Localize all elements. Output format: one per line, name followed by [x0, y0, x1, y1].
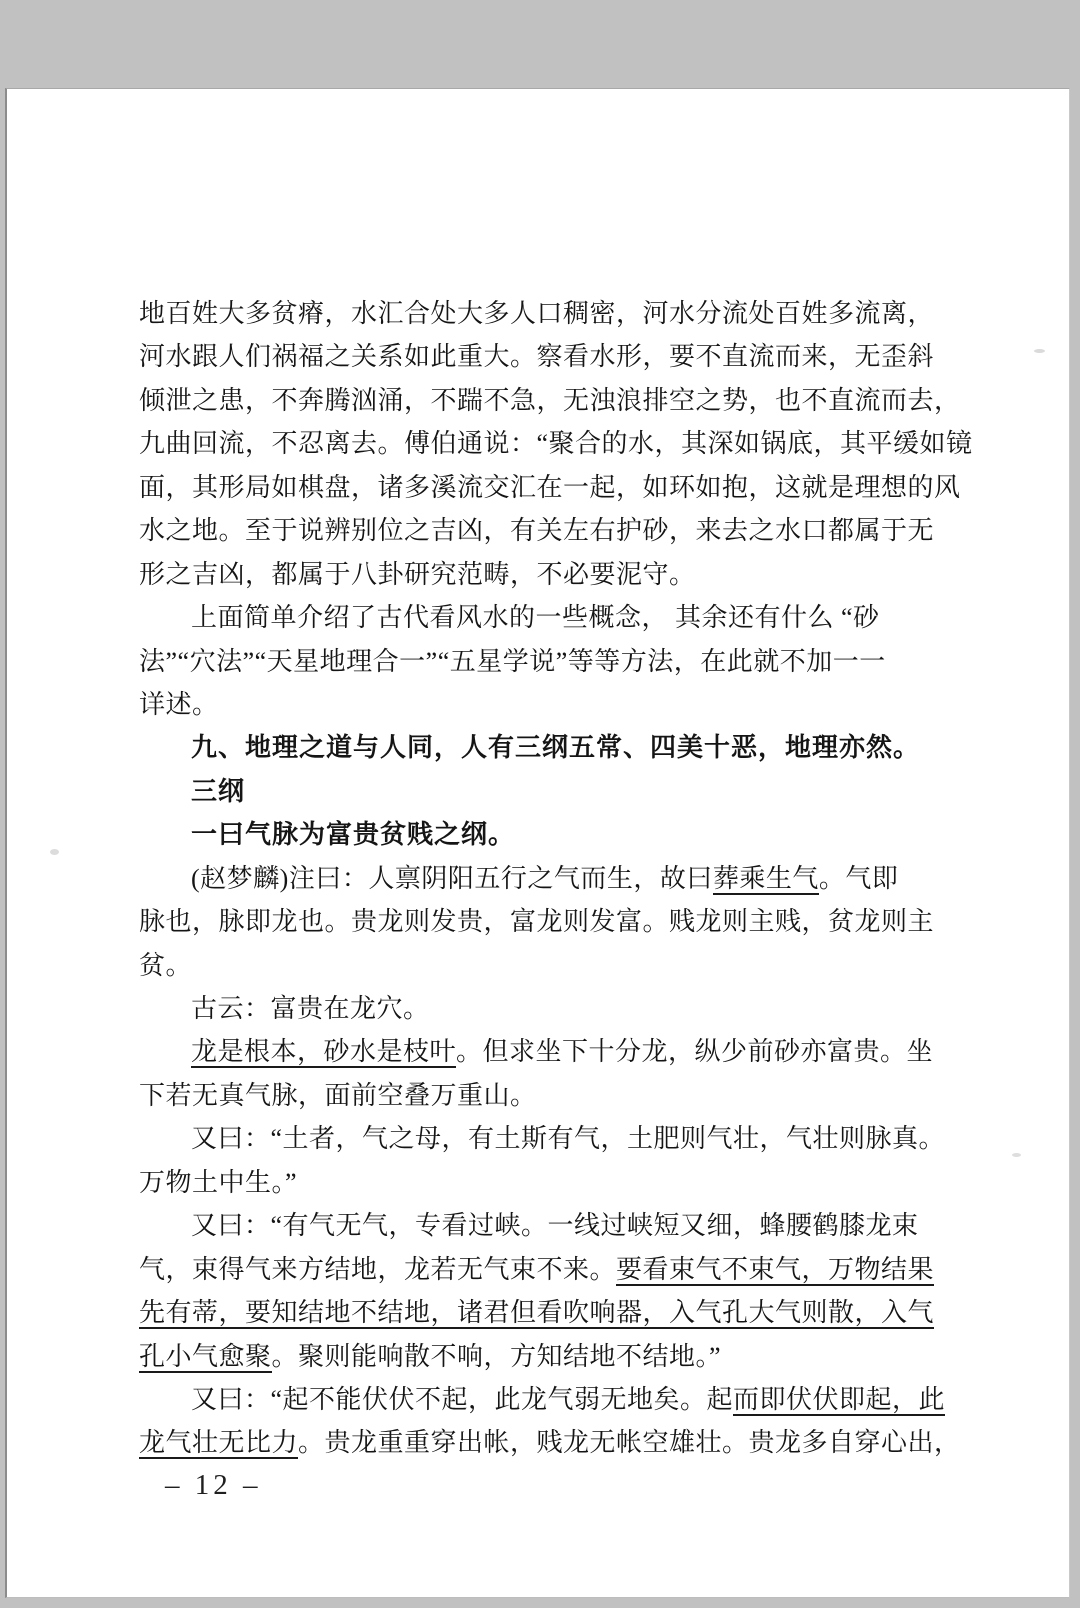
text-block: 地百姓大多贫瘠，水汇合处大多人口稠密，河水分流处百姓多流离，河水跟人们祸福之关系…: [139, 292, 929, 1465]
text-line: 龙气壮无比力。贵龙重重穿出帐，贱龙无帐空雄壮。贵龙多自穿心出，: [139, 1421, 929, 1464]
text-line: 地百姓大多贫瘠，水汇合处大多人口稠密，河水分流处百姓多流离，: [139, 292, 929, 335]
text-segment: 脉也，脉即龙也。贵龙则发贵，富龙则发富。贱龙则主贱，贫龙则主: [139, 907, 934, 936]
underlined-text: 龙是根本，砂水是枝叶: [191, 1037, 456, 1068]
scan-speckle: [50, 849, 59, 855]
text-segment: 面，其形局如棋盘，诸多溪流交汇在一起，如环如抱，这就是理想的风: [139, 473, 961, 502]
text-segment: 又曰：“土者，气之母，有土斯有气，土肥则气壮，气壮则脉真。: [191, 1124, 945, 1153]
text-line: 形之吉凶，都属于八卦研究范畴，不必要泥守。: [139, 553, 929, 596]
text-segment: 地百姓大多贫瘠，水汇合处大多人口稠密，河水分流处百姓多流离，: [139, 299, 934, 328]
text-segment: 气，束得气来方结地，龙若无气束不来。: [139, 1255, 616, 1284]
underlined-text: 先有蒂，要知结地不结地，诸君但看吹响器，入气孔大气则散，入气: [139, 1298, 934, 1329]
text-segment: 又曰：“有气无气，专看过峡。一线过峡短又细，蜂腰鹤膝龙束: [191, 1211, 919, 1240]
text-segment: 。聚则能响散不响，方知结地不结地。”: [272, 1342, 722, 1371]
text-line: 脉也，脉即龙也。贵龙则发贵，富龙则发富。贱龙则主贱，贫龙则主: [139, 900, 929, 943]
page-number: – 12 –: [165, 1469, 262, 1502]
text-line: (赵梦麟)注曰：人禀阴阳五行之气而生，故曰葬乘生气。气即: [139, 857, 929, 900]
text-segment: 又曰：“起不能伏伏不起，此龙气弱无地矣。起: [191, 1385, 733, 1414]
text-segment: 贫。: [139, 951, 192, 980]
text-line: 古云：富贵在龙穴。: [139, 987, 929, 1030]
text-line: 又曰：“起不能伏伏不起，此龙气弱无地矣。起而即伏伏即起，此: [139, 1378, 929, 1421]
scan-background: 地百姓大多贫瘠，水汇合处大多人口稠密，河水分流处百姓多流离，河水跟人们祸福之关系…: [0, 0, 1080, 1608]
underlined-text: 孔小气愈聚: [139, 1342, 272, 1373]
text-line: 九、地理之道与人同，人有三纲五常、四美十恶，地理亦然。: [139, 726, 929, 769]
underlined-text: 龙气壮无比力: [139, 1428, 298, 1459]
text-line: 孔小气愈聚。聚则能响散不响，方知结地不结地。”: [139, 1335, 929, 1378]
text-line: 贫。: [139, 944, 929, 987]
text-line: 先有蒂，要知结地不结地，诸君但看吹响器，入气孔大气则散，入气: [139, 1291, 929, 1334]
text-line: 一曰气脉为富贵贫贱之纲。: [139, 813, 929, 856]
text-line: 法”“穴法”“天星地理合一”“五星学说”等等方法，在此就不加一一: [139, 640, 929, 683]
text-segment: 三纲: [191, 776, 245, 806]
text-segment: 法”“穴法”“天星地理合一”“五星学说”等等方法，在此就不加一一: [139, 647, 886, 676]
text-segment: 水之地。至于说辨别位之吉凶，有关左右护砂，来去之水口都属于无: [139, 516, 934, 545]
scan-speckle: [1034, 349, 1045, 353]
text-line: 气，束得气来方结地，龙若无气束不来。要看束气不束气，万物结果: [139, 1248, 929, 1291]
text-segment: 万物土中生。”: [139, 1168, 297, 1197]
text-segment: 。气即: [819, 864, 899, 893]
text-line: 水之地。至于说辨别位之吉凶，有关左右护砂，来去之水口都属于无: [139, 509, 929, 552]
scan-speckle: [1012, 1153, 1021, 1157]
underlined-text: 葬乘生气: [713, 864, 819, 895]
text-segment: 详述。: [139, 690, 219, 719]
text-line: 下若无真气脉，面前空叠万重山。: [139, 1074, 929, 1117]
text-segment: 下若无真气脉，面前空叠万重山。: [139, 1081, 537, 1110]
text-segment: 河水跟人们祸福之关系如此重大。察看水形，要不直流而来，无歪斜: [139, 342, 934, 371]
text-line: 上面简单介绍了古代看风水的一些概念， 其余还有什么 “砂: [139, 596, 929, 639]
text-segment: 九、地理之道与人同，人有三纲五常、四美十恶，地理亦然。: [191, 732, 920, 762]
text-line: 河水跟人们祸福之关系如此重大。察看水形，要不直流而来，无歪斜: [139, 335, 929, 378]
text-line: 龙是根本，砂水是枝叶。但求坐下十分龙，纵少前砂亦富贵。坐: [139, 1030, 929, 1073]
text-line: 万物土中生。”: [139, 1161, 929, 1204]
text-segment: 。但求坐下十分龙，纵少前砂亦富贵。坐: [456, 1037, 933, 1066]
text-segment: 形之吉凶，都属于八卦研究范畴，不必要泥守。: [139, 560, 696, 589]
underlined-text: 而即伏伏即起，此: [733, 1385, 945, 1416]
text-line: 又曰：“土者，气之母，有土斯有气，土肥则气壮，气壮则脉真。: [139, 1117, 929, 1160]
text-segment: 上面简单介绍了古代看风水的一些概念， 其余还有什么 “砂: [191, 603, 880, 632]
text-segment: 。贵龙重重穿出帐，贱龙无帐空雄壮。贵龙多自穿心出，: [298, 1428, 961, 1457]
text-line: 九曲回流，不忍离去。傅伯通说：“聚合的水，其深如锅底，其平缓如镜: [139, 422, 929, 465]
text-line: 三纲: [139, 770, 929, 813]
text-segment: 九曲回流，不忍离去。傅伯通说：“聚合的水，其深如锅底，其平缓如镜: [139, 429, 973, 458]
text-segment: 倾泄之患，不奔腾汹涌，不踹不急，无浊浪排空之势，也不直流而去，: [139, 386, 961, 415]
book-page: 地百姓大多贫瘠，水汇合处大多人口稠密，河水分流处百姓多流离，河水跟人们祸福之关系…: [5, 88, 1070, 1598]
text-line: 详述。: [139, 683, 929, 726]
underlined-text: 要看束气不束气，万物结果: [616, 1255, 934, 1286]
text-line: 倾泄之患，不奔腾汹涌，不踹不急，无浊浪排空之势，也不直流而去，: [139, 379, 929, 422]
text-line: 又曰：“有气无气，专看过峡。一线过峡短又细，蜂腰鹤膝龙束: [139, 1204, 929, 1247]
text-line: 面，其形局如棋盘，诸多溪流交汇在一起，如环如抱，这就是理想的风: [139, 466, 929, 509]
text-segment: 一曰气脉为富贵贫贱之纲。: [191, 819, 515, 849]
text-segment: 古云：富贵在龙穴。: [191, 994, 430, 1023]
text-segment: (赵梦麟)注曰：人禀阴阳五行之气而生，故曰: [191, 864, 713, 893]
